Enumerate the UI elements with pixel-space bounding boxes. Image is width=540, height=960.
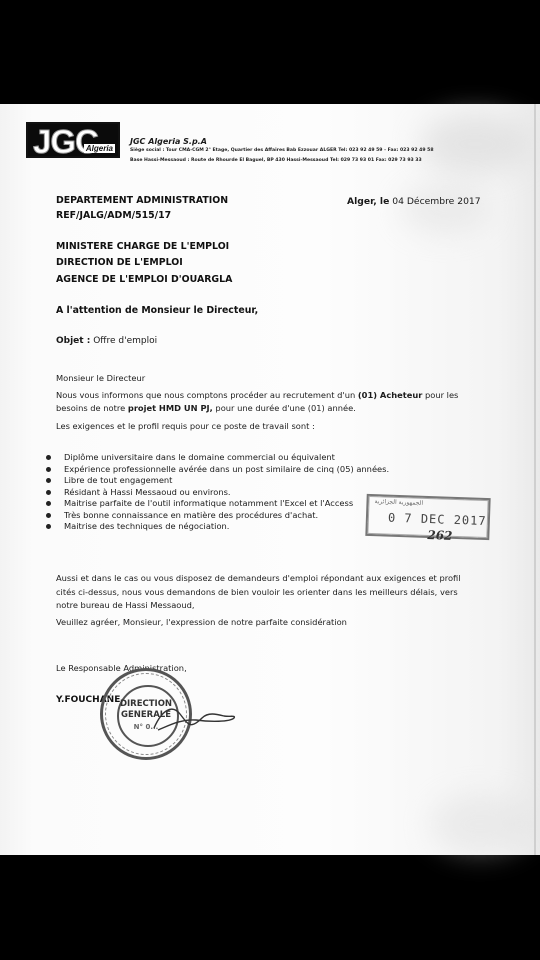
bullet-icon xyxy=(46,490,51,495)
handwritten-signature xyxy=(150,700,240,740)
head-office-address: Siège social : Tour CMA-CGM 2° Etage, Qu… xyxy=(130,148,434,153)
subject-value: Offre d'emploi xyxy=(93,336,157,346)
requirement-item: Très bonne connaissance en matière des p… xyxy=(46,510,389,522)
base-address: Base Hassi-Messaoud : Route de Rhourde E… xyxy=(130,158,422,163)
requirements-list: Diplôme universitaire dans le domaine co… xyxy=(46,452,389,533)
requirement-item: Libre de tout engagement xyxy=(46,475,389,487)
logo-text: JGC xyxy=(33,123,98,161)
para1-text: pour une durée d'une (01) année. xyxy=(213,403,356,413)
salutation: Monsieur le Directeur xyxy=(56,373,145,383)
date-prefix: Alger, le xyxy=(347,196,389,207)
logo-subtext: Algeria xyxy=(84,144,115,153)
paragraph-1-line-1: Nous vous informons que nous comptons pr… xyxy=(56,390,458,400)
stamp-date: 0 7 DEC 2017 xyxy=(388,511,487,528)
paragraph-2-line-1: Aussi et dans le cas ou vous disposez de… xyxy=(56,573,461,583)
bullet-icon xyxy=(46,478,51,483)
scan-smudge xyxy=(430,794,530,854)
requirement-item: Résidant à Hassi Messaoud ou environs. xyxy=(46,487,389,499)
project-name: projet HMD UN PJ, xyxy=(128,403,213,413)
requirement-item: Diplôme universitaire dans le domaine co… xyxy=(46,452,389,464)
paragraph-2-line-2: cités ci-dessus, nous vous demandons de … xyxy=(56,587,458,597)
requirement-text: Diplôme universitaire dans le domaine co… xyxy=(64,452,335,462)
requirements-intro: Les exigences et le profil requis pour c… xyxy=(56,421,315,431)
subject-label: Objet : xyxy=(56,336,90,346)
recipient-line-2: DIRECTION DE L'EMPLOI xyxy=(56,257,183,268)
recipient-line-1: MINISTERE CHARGE DE L'EMPLOI xyxy=(56,241,229,252)
sender-department: DEPARTEMENT ADMINISTRATION xyxy=(56,195,228,206)
requirement-text: Maitrise des techniques de négociation. xyxy=(64,521,229,531)
para1-text: pour les xyxy=(422,390,458,400)
date-line: Alger, le 04 Décembre 2017 xyxy=(347,196,481,207)
bullet-icon xyxy=(46,467,51,472)
requirement-item: Maitrise des techniques de négociation. xyxy=(46,521,389,533)
requirement-text: Très bonne connaissance en matière des p… xyxy=(64,510,318,520)
bullet-icon xyxy=(46,455,51,460)
requirement-text: Résidant à Hassi Messaoud ou environs. xyxy=(64,487,231,497)
bullet-icon xyxy=(46,524,51,529)
stamp-header: الجمهورية الجزائرية xyxy=(374,498,423,507)
requirement-text: Maitrise parfaite de l'outil informatiqu… xyxy=(64,498,353,508)
scan-smudge xyxy=(400,184,490,234)
signatory-title: Le Responsable Administration, xyxy=(56,663,187,673)
scan-smudge xyxy=(420,114,530,174)
bullet-icon xyxy=(46,501,51,506)
recipient-line-3: AGENCE DE L'EMPLOI D'OUARGLA xyxy=(56,274,232,285)
stamp-number: 262 xyxy=(427,528,453,543)
paragraph-2-line-3: notre bureau de Hassi Messaoud, xyxy=(56,600,195,610)
closing-line: Veuillez agréer, Monsieur, l'expression … xyxy=(56,617,347,627)
requirement-item: Expérience professionnelle avérée dans u… xyxy=(46,464,389,476)
position-title: (01) Acheteur xyxy=(358,390,422,400)
paragraph-1-line-2: besoins de notre projet HMD UN PJ, pour … xyxy=(56,403,356,413)
requirement-text: Libre de tout engagement xyxy=(64,475,172,485)
jgc-logo: JGC Algeria xyxy=(26,122,120,158)
attention-line: A l'attention de Monsieur le Directeur, xyxy=(56,305,258,316)
para1-text: besoins de notre xyxy=(56,403,128,413)
received-stamp: الجمهورية الجزائرية 0 7 DEC 2017 262 xyxy=(365,494,490,540)
letter-date: 04 Décembre 2017 xyxy=(392,196,480,207)
para1-text: Nous vous informons que nous comptons pr… xyxy=(56,390,358,400)
company-name: JGC Algeria S.p.A xyxy=(130,137,207,146)
requirement-item: Maitrise parfaite de l'outil informatiqu… xyxy=(46,498,389,510)
requirement-text: Expérience professionnelle avérée dans u… xyxy=(64,464,389,474)
bullet-icon xyxy=(46,513,51,518)
subject-line: Objet : Offre d'emploi xyxy=(56,336,157,346)
reference-number: REF/JALG/ADM/515/17 xyxy=(56,210,171,221)
